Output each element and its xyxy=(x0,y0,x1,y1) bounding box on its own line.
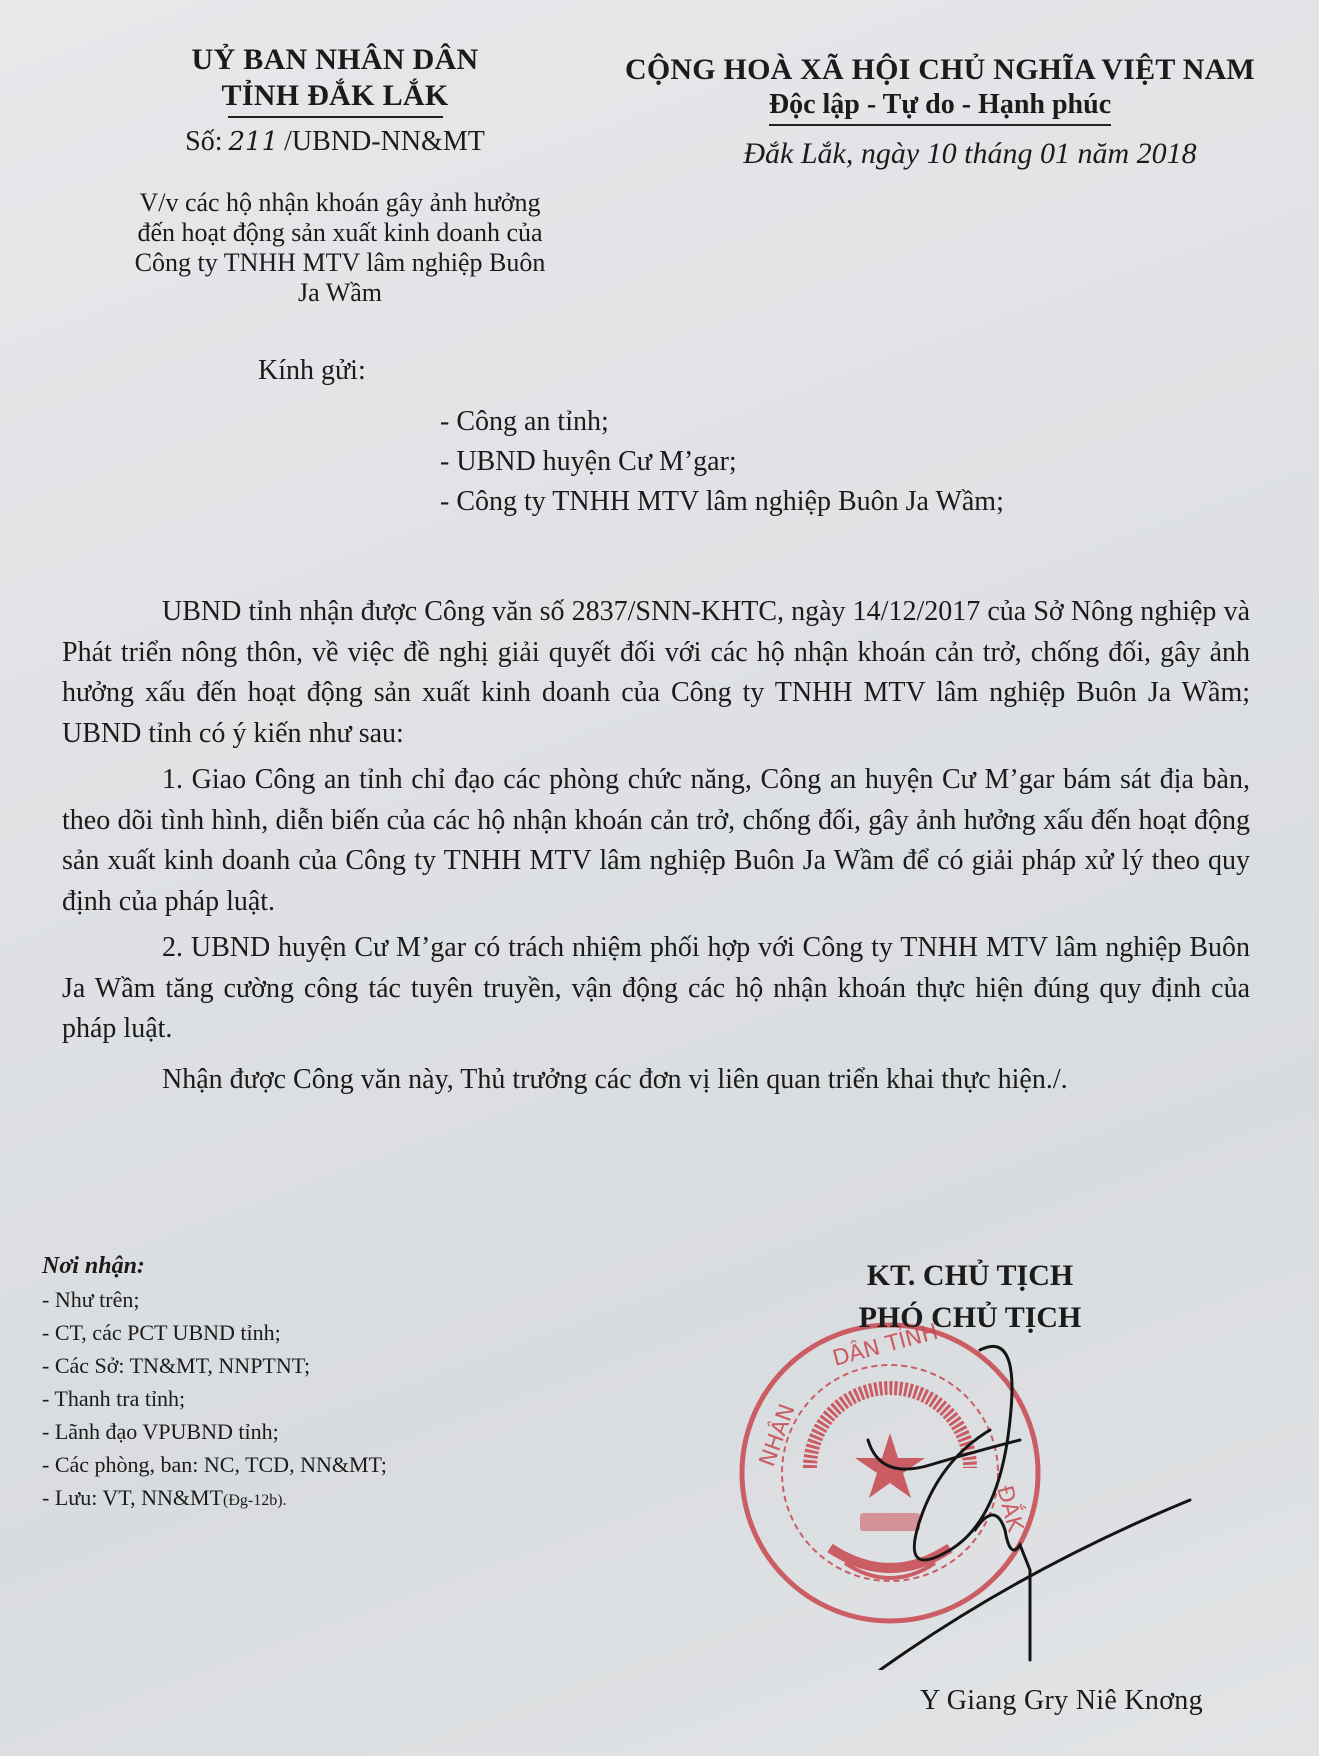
distribution-item: - Các Sở: TN&MT, NNPTNT; xyxy=(42,1349,387,1382)
subject-line: đến hoạt động sản xuất kinh doanh của xyxy=(80,218,600,248)
body-paragraph-item-2: 2. UBND huyện Cư M’gar có trách nhiệm ph… xyxy=(62,928,1250,1050)
signer-name: Y Giang Gry Niê Knơng xyxy=(920,1685,1203,1717)
distribution-item: - CT, các PCT UBND tỉnh; xyxy=(42,1316,387,1349)
distribution-title: Nơi nhận: xyxy=(42,1250,387,1283)
recipient-item: - UBND huyện Cư M’gar; xyxy=(440,442,1004,482)
body-paragraph-item-1: 1. Giao Công an tỉnh chỉ đạo các phòng c… xyxy=(62,760,1250,922)
body-paragraph-closing: Nhận được Công văn này, Thủ trưởng các đ… xyxy=(62,1060,1250,1101)
distribution-item-archive: - Lưu: VT, NN&MT(Đg-12b). xyxy=(42,1481,387,1517)
nation-title: CỘNG HOÀ XÃ HỘI CHỦ NGHĨA VIỆT NAM xyxy=(590,52,1290,88)
distribution-item: - Các phòng, ban: NC, TCD, NN&MT; xyxy=(42,1448,387,1481)
header-underline xyxy=(228,116,443,118)
archive-code: (Đg-12b). xyxy=(223,1492,287,1509)
distribution-item: - Lãnh đạo VPUBND tỉnh; xyxy=(42,1415,387,1448)
signature-title-block: KT. CHỦ TỊCH PHÓ CHỦ TỊCH xyxy=(790,1255,1150,1339)
body-paragraph-intro: UBND tỉnh nhận được Công văn số 2837/SNN… xyxy=(62,592,1250,754)
subject-line: Ja Wầm xyxy=(80,278,600,308)
document-page: UỶ BAN NHÂN DÂN TỈNH ĐẮK LẮK Số:211/UBND… xyxy=(0,0,1319,1756)
recipient-list: - Công an tỉnh; - UBND huyện Cư M’gar; -… xyxy=(440,402,1004,522)
issue-date: Đắk Lắk, ngày 10 tháng 01 năm 2018 xyxy=(590,134,1290,174)
document-body: UBND tỉnh nhận được Công văn số 2837/SNN… xyxy=(62,592,1250,1106)
distribution-item: - Như trên; xyxy=(42,1283,387,1316)
recipient-item: - Công ty TNHH MTV lâm nghiệp Buôn Ja Wầ… xyxy=(440,482,1004,522)
authority-name-line1: UỶ BAN NHÂN DÂN xyxy=(110,42,560,78)
greeting-label: Kính gửi: xyxy=(258,355,366,387)
document-subject: V/v các hộ nhận khoán gây ảnh hưởng đến … xyxy=(80,188,600,308)
signature-title-line1: KT. CHỦ TỊCH xyxy=(790,1255,1150,1297)
document-number: Số:211/UBND-NN&MT xyxy=(110,124,560,160)
distribution-list: Nơi nhận: - Như trên; - CT, các PCT UBND… xyxy=(42,1250,387,1517)
authority-name-line2: TỈNH ĐẮK LẮK xyxy=(110,78,560,114)
doc-number-suffix: /UBND-NN&MT xyxy=(284,126,485,157)
distribution-item: - Thanh tra tỉnh; xyxy=(42,1382,387,1415)
subject-line: Công ty TNHH MTV lâm nghiệp Buôn xyxy=(80,248,600,278)
issuing-authority-header: UỶ BAN NHÂN DÂN TỈNH ĐẮK LẮK Số:211/UBND… xyxy=(110,42,560,160)
doc-number-handwritten: 211 xyxy=(229,127,279,157)
handwritten-signature-icon xyxy=(820,1330,1200,1670)
seal-text-left: NHÂN xyxy=(754,1401,800,1471)
national-header: CỘNG HOÀ XÃ HỘI CHỦ NGHĨA VIỆT NAM Độc l… xyxy=(590,52,1290,174)
subject-line: V/v các hộ nhận khoán gây ảnh hưởng xyxy=(80,188,600,218)
doc-number-prefix: Số: xyxy=(185,126,222,157)
national-motto: Độc lập - Tự do - Hạnh phúc xyxy=(769,88,1111,126)
archive-main: - Lưu: VT, NN&MT xyxy=(42,1485,223,1510)
recipient-item: - Công an tỉnh; xyxy=(440,402,1004,442)
